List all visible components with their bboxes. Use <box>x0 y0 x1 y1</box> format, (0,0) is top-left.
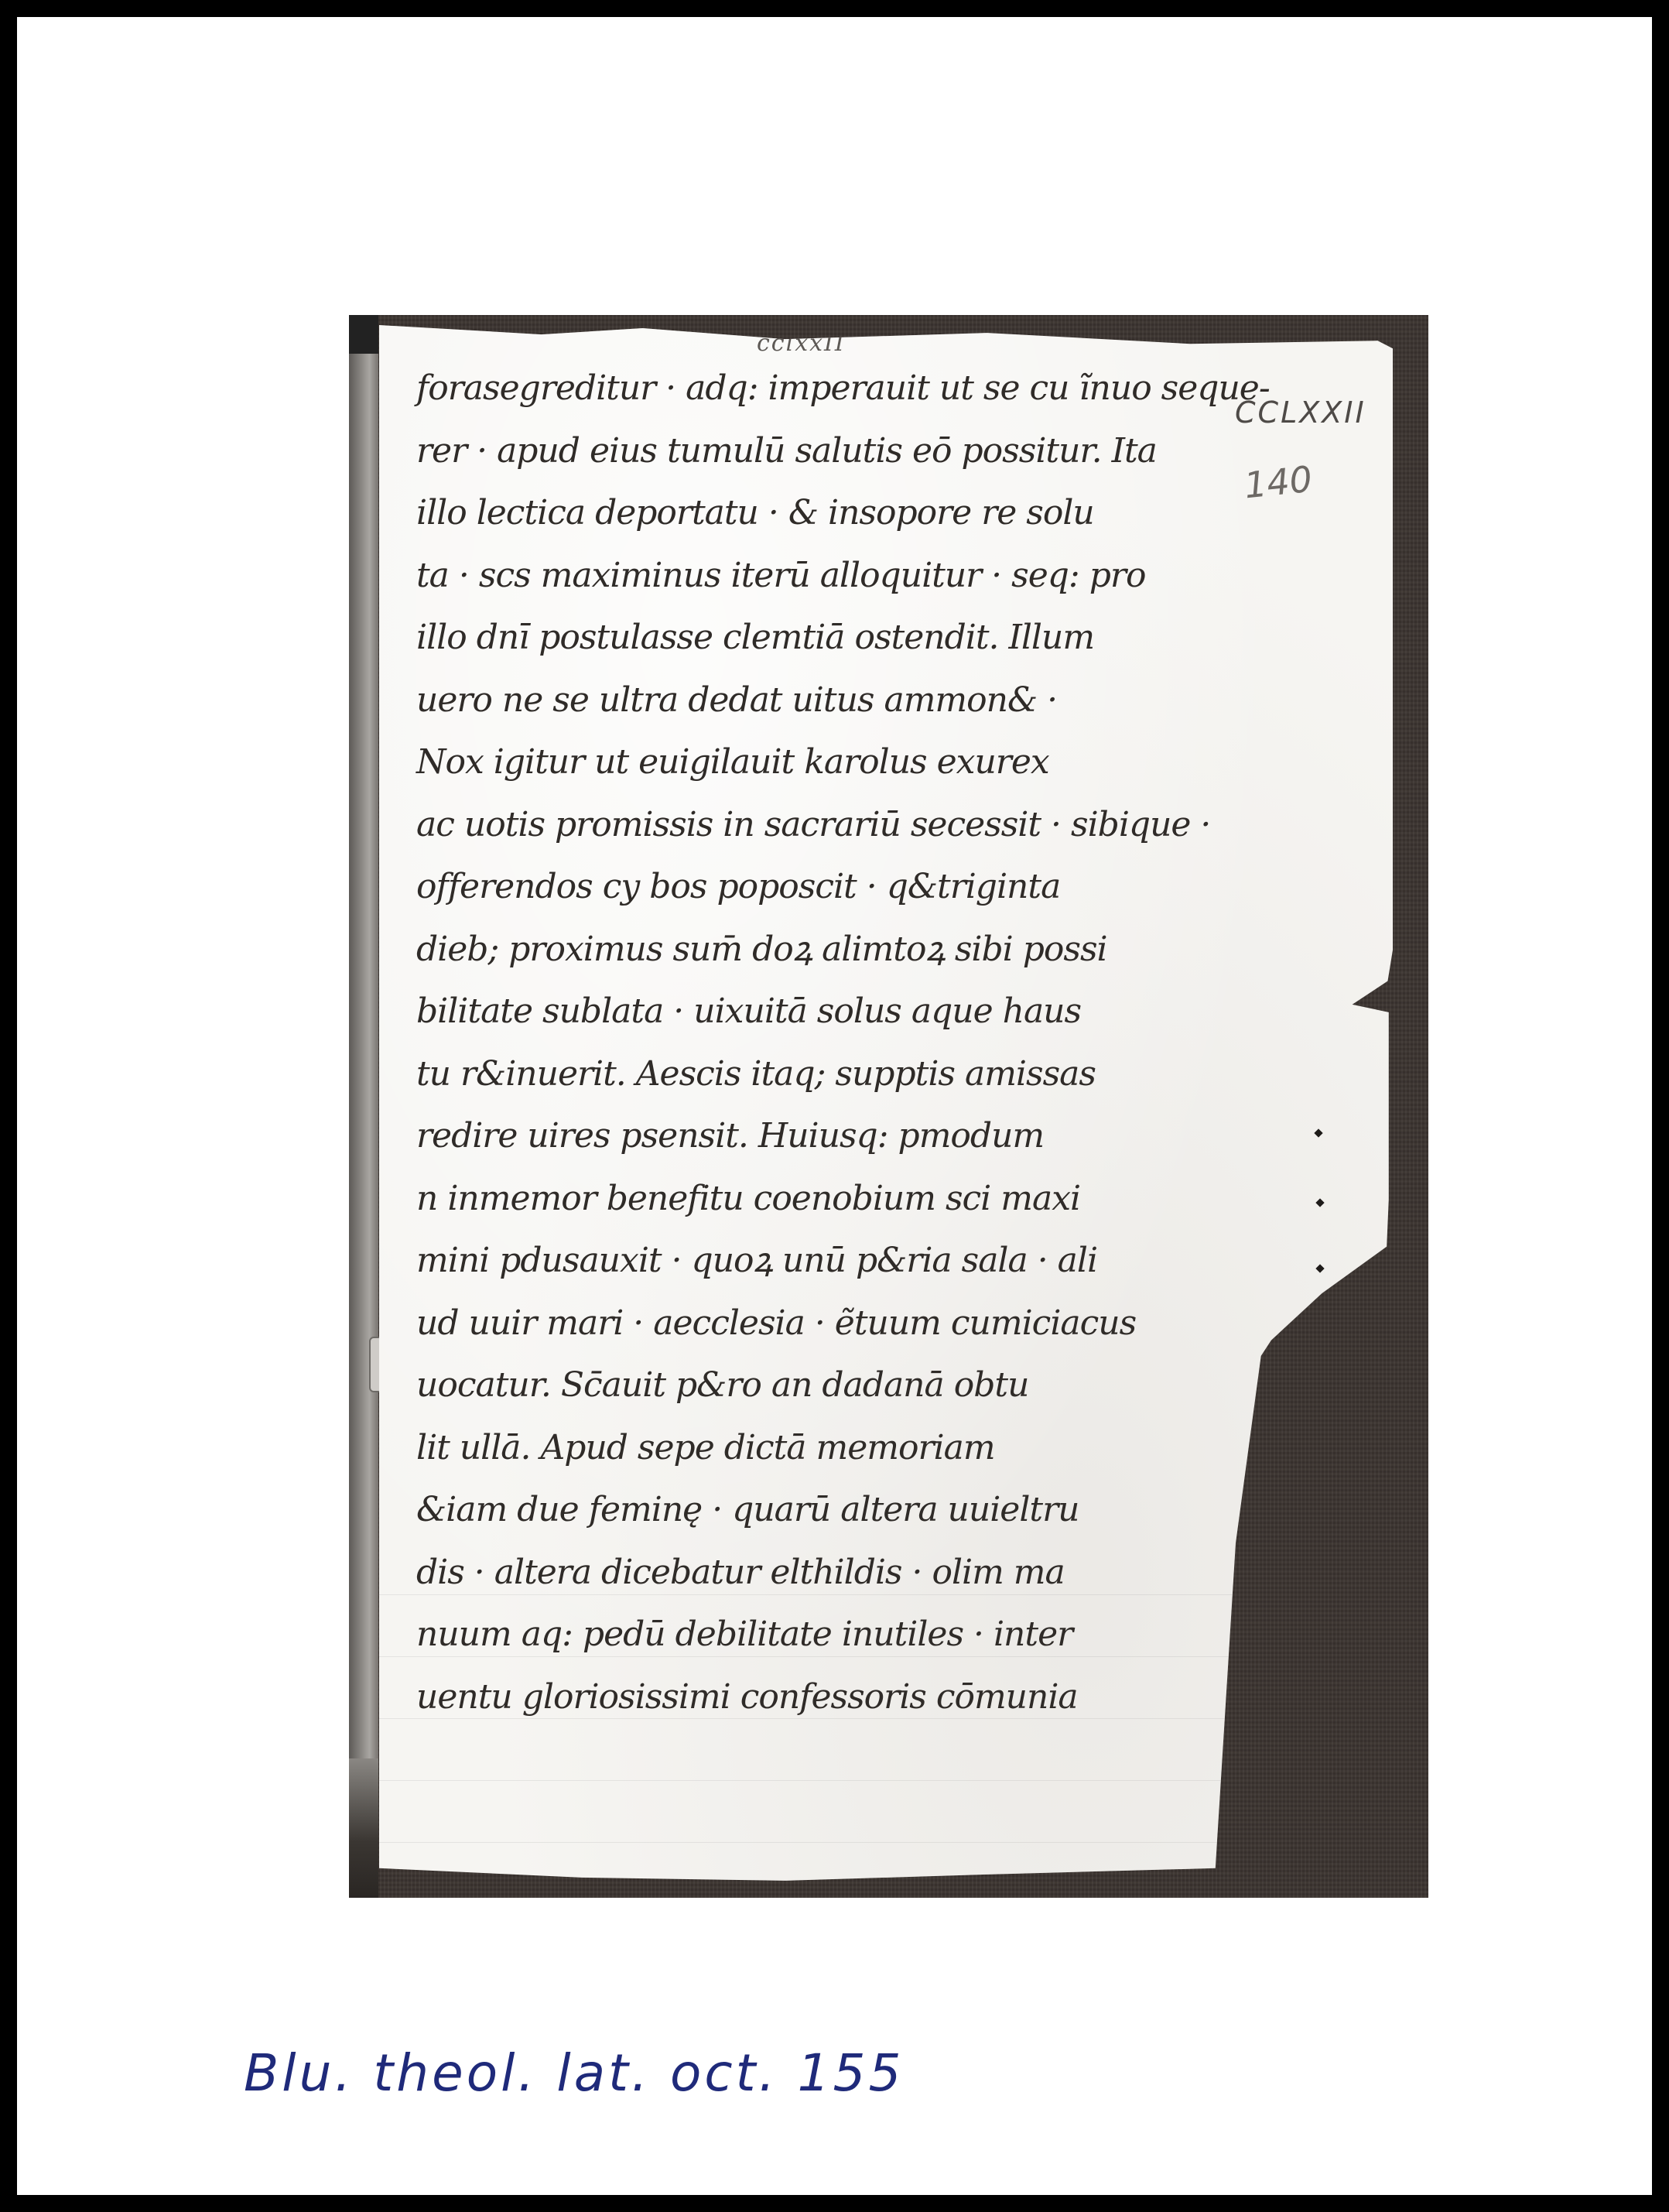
text-line: lit ullā. Apud sepe dictā memoriam <box>416 1417 1391 1480</box>
text-line: offerendos cy bos poposcit · q&triginta <box>416 856 1391 919</box>
text-line: mini pdusauxit · quoꝝ unū p&ria sala · a… <box>416 1230 1391 1293</box>
binding-bottom-shadow <box>349 1758 378 1898</box>
text-line: Nox igitur ut euigilauit karolus exurex <box>416 731 1391 794</box>
text-line: uero ne se ultra dedat uitus ammon& · <box>416 669 1391 732</box>
text-line: rer · apud eius tumulū salutis eō possit… <box>416 420 1391 483</box>
ruling-line <box>379 1780 1393 1781</box>
text-line: illo dnī postulasse clemtiā ostendit. Il… <box>416 607 1391 669</box>
text-line: ac uotis promissis in sacrariū secessit … <box>416 794 1391 857</box>
text-line: n inmemor benefitu coenobium sci maxi <box>416 1168 1391 1231</box>
text-line: nuum aq: pedū debilitate inutiles · inte… <box>416 1604 1391 1666</box>
shelfmark-caption: Blu. theol. lat. oct. 155 <box>244 2043 905 2103</box>
text-line: tu r&inuerit. Aescis itaq; supptis amiss… <box>416 1043 1391 1106</box>
binding-strip <box>349 315 378 1898</box>
text-line: redire uires psensit. Huiusq: pmodum <box>416 1105 1391 1168</box>
text-line: dis · altera dicebatur elthildis · olim … <box>416 1542 1391 1604</box>
text-line: &iam due feminę · quarū altera uuieltru <box>416 1479 1391 1542</box>
page-sheet: cclxxII CCLXXII 140 forasegreditur · adq… <box>17 17 1652 2195</box>
top-gloss-annotation: cclxxII <box>757 330 846 357</box>
ruling-line <box>379 1842 1393 1843</box>
parchment-folio: cclxxII CCLXXII 140 forasegreditur · adq… <box>379 325 1393 1887</box>
text-line: uocatur. Sc̄auit p&ro an dadanā obtu <box>416 1354 1391 1417</box>
binding-top-shadow <box>349 315 378 354</box>
text-line: uentu gloriosissimi confessoris cōmunia <box>416 1666 1391 1729</box>
text-line: ta · scs maximinus iterū alloquitur · se… <box>416 545 1391 608</box>
manuscript-photograph: cclxxII CCLXXII 140 forasegreditur · adq… <box>349 315 1428 1898</box>
text-line: forasegreditur · adq: imperauit ut se cu… <box>416 358 1391 420</box>
pricking-mark <box>1317 1330 1325 1338</box>
manuscript-text: forasegreditur · adq: imperauit ut se cu… <box>416 358 1391 1728</box>
text-line: bilitate sublata · uixuitā solus aque ha… <box>416 981 1391 1043</box>
text-line: illo lectica deportatu · & insopore re s… <box>416 482 1391 545</box>
text-line: dieb; proximus sum̄ doꝝ alimtoꝝ sibi pos… <box>416 919 1391 981</box>
text-line: ud uuir mari · aecclesia · ẽtuum cumicia… <box>416 1293 1391 1355</box>
